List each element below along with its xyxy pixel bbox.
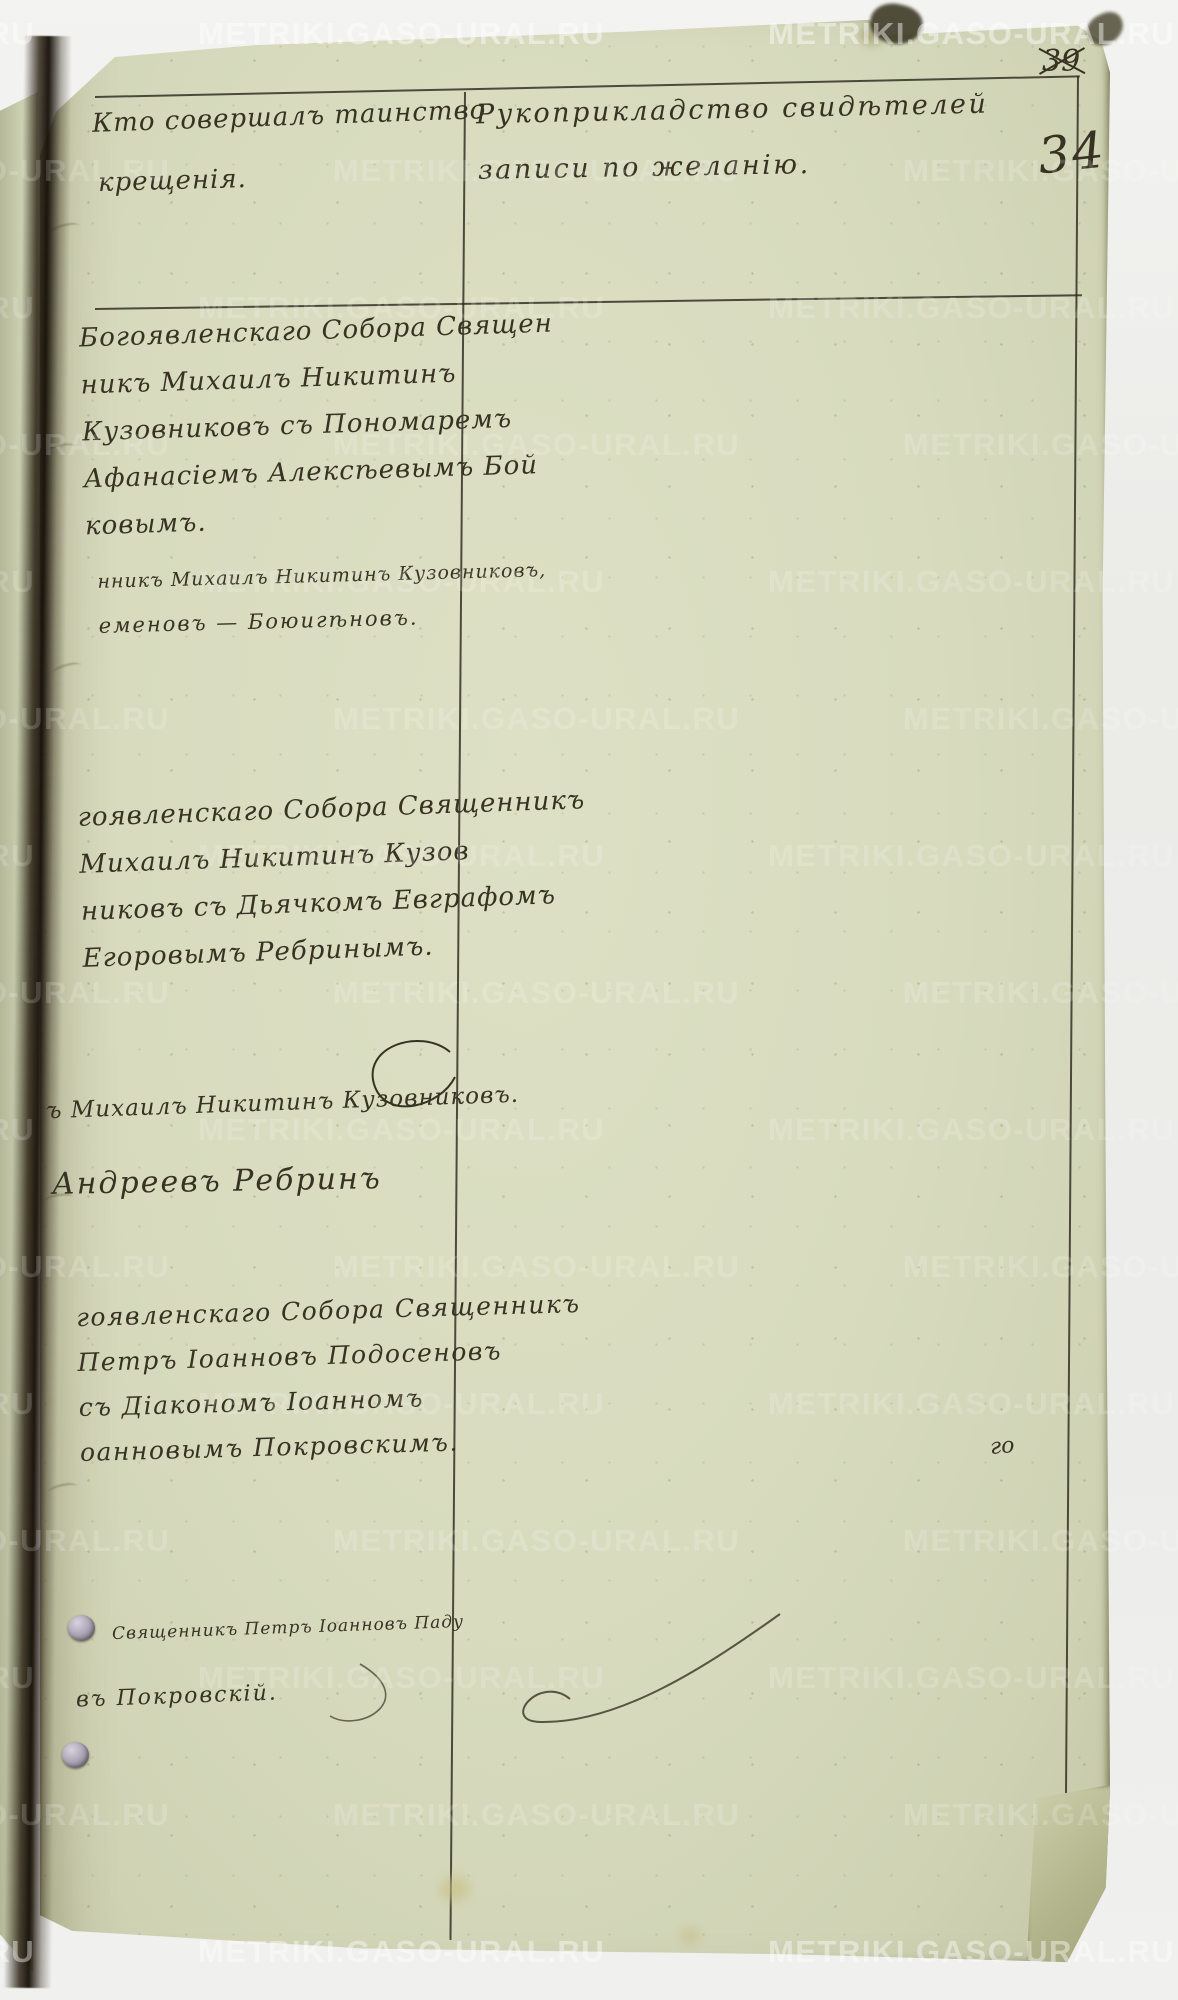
- book-page: Кто совершалъ таинство крещенія. Рукопри…: [40, 14, 1110, 1966]
- right-column-header-line1: Рукоприкладство свидѣтелей: [476, 89, 989, 131]
- page-corner-fold: [1025, 1784, 1115, 1966]
- scan-background: Кто совершалъ таинство крещенія. Рукопри…: [0, 0, 1178, 2000]
- page-number: 34: [1035, 121, 1108, 186]
- header-separator-line: [95, 294, 1082, 310]
- entry-2: нникъ Михаилъ Никитинъ Кузовниковъ, емен…: [97, 548, 548, 648]
- pen-flourish: [300, 1032, 460, 1142]
- hole-fastener: [62, 1742, 89, 1768]
- catchword: го: [989, 1433, 1015, 1460]
- entry-1: Богоявленскаго Собора Священ никъ Михаил…: [78, 301, 559, 551]
- crossed-page-number: 39: [1042, 44, 1080, 79]
- entry-5: гоявленскаго Собора Священникъ Петръ Іоа…: [76, 1281, 585, 1475]
- entry-3: гоявленскаго Собора Священникъ Михаилъ Н…: [77, 777, 591, 983]
- hole-fastener: [68, 1615, 95, 1641]
- left-column-header-line1: Кто совершалъ таинство: [92, 95, 487, 139]
- entry-4-line2: Андреевъ Ребринъ: [52, 1161, 382, 1202]
- paper-stain: [680, 1928, 700, 1944]
- paper-stain: [440, 1876, 470, 1902]
- pen-swash: [240, 1604, 800, 1744]
- right-border-line: [1064, 76, 1079, 1914]
- left-column-header-line2: крещенія.: [98, 164, 248, 198]
- right-column-header-line2: записи по желанію.: [478, 149, 811, 186]
